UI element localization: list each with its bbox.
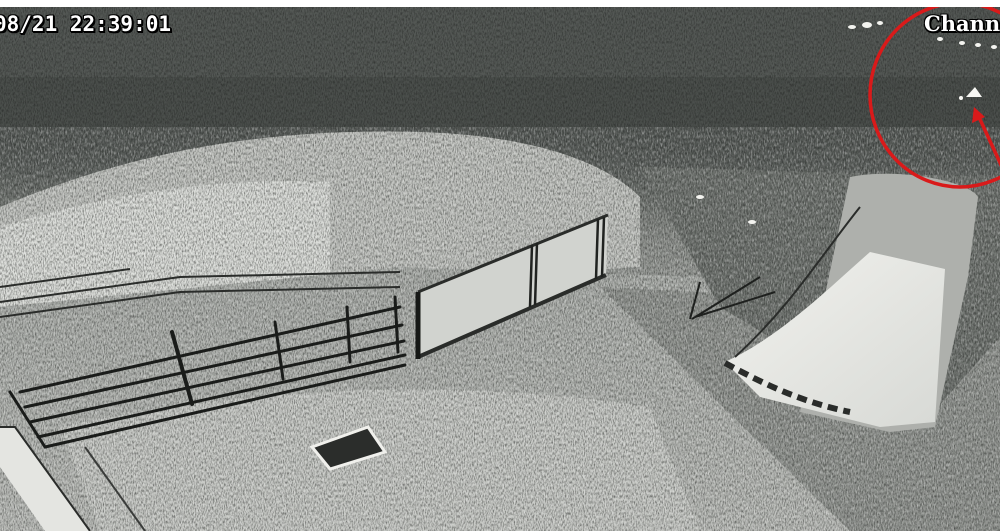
cctv-frame: 08/21 22:39:01 Channel: [0, 0, 1000, 531]
annotation-layer: [0, 7, 1000, 531]
timestamp-overlay: 08/21 22:39:01: [0, 12, 171, 36]
channel-label: Channel: [924, 11, 1000, 36]
red-arrow-icon: [972, 107, 1000, 167]
night-vision-scene: [0, 7, 1000, 531]
